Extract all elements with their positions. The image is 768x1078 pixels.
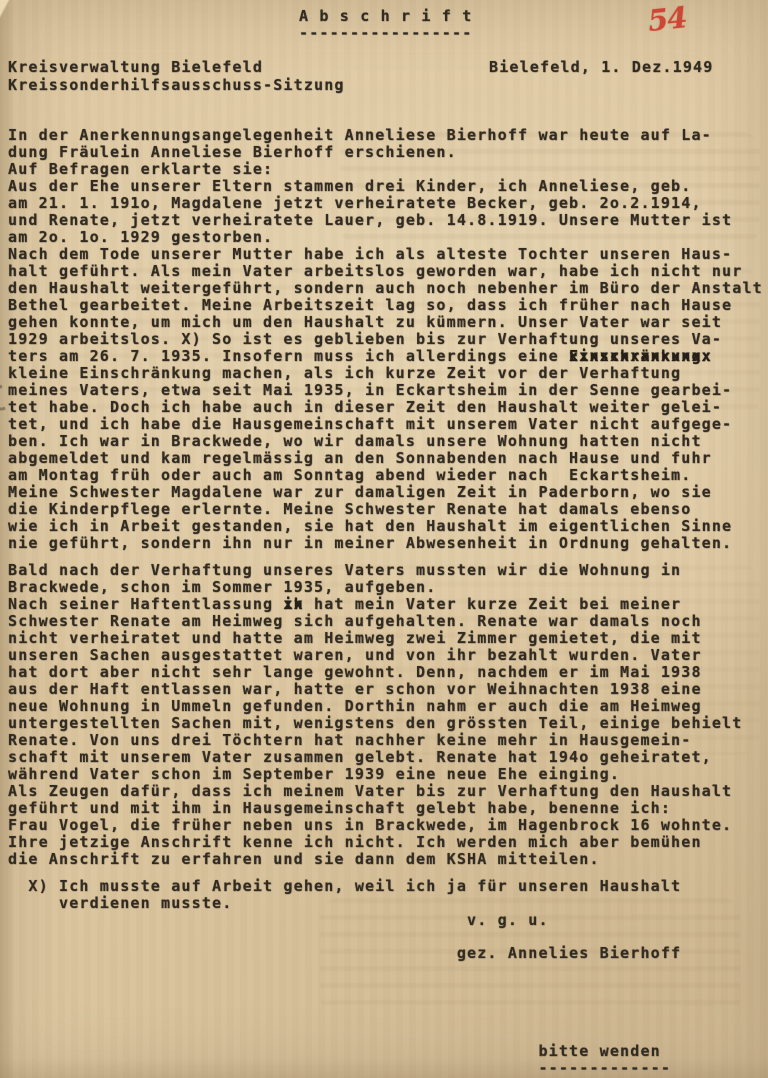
text-line: meines Vaters, etwa seit Mai 1935, in Ec… [8, 382, 766, 399]
text-line: Schwester Renate am Heimweg sich aufgeha… [8, 613, 766, 630]
body-text: In der Anerkennungsangelegenheit Annelie… [8, 127, 766, 1077]
text-line: gehen konnte, um mich um den Haushalt zu… [8, 314, 766, 331]
spacer [8, 929, 766, 945]
signature-line: gez. Annelies Bierhoff [8, 945, 766, 962]
turn-page-underline: ------------- [8, 1060, 766, 1077]
text-line: Bethel gearbeitet. Meine Arbeitszeit lag… [8, 297, 766, 314]
line-text: ters am 26. 7. 1935. Insofern muss ich a… [8, 347, 569, 365]
overstruck-word: Einschränkungxxxxxxxxxxxxxxx [569, 348, 712, 365]
text-line: nicht verheiratet und hatte am Heimweg z… [8, 630, 766, 647]
text-line: hat dort aber nicht sehr lange gewohnt. … [8, 664, 766, 681]
line-text: hat mein Vater kurze Zeit bei meiner [304, 595, 681, 613]
document-title: A b s c h r i f t [299, 8, 472, 25]
paper-corner-highlight [0, 0, 46, 30]
text-line: wie ich in Arbeit gestanden, sie hat den… [8, 518, 766, 535]
text-line: kleine Einschränkung machen, als ich kur… [8, 365, 766, 382]
text-line: unseren Sachen ausgestattet waren, und v… [8, 647, 766, 664]
text-line: ters am 26. 7. 1935. Insofern muss ich a… [8, 348, 766, 365]
text-line: Aus der Ehe unserer Eltern stammen drei … [8, 178, 766, 195]
text-line: halt geführt. Als mein Vater arbeitslos … [8, 263, 766, 280]
text-line: Renate. Von uns drei Töchtern hat nachhe… [8, 732, 766, 749]
footnote-line: verdienen musste. [8, 895, 766, 912]
text-line: schaft mit unserem Vater zusammen gelebt… [8, 749, 766, 766]
text-line: die Anschrift zu erfahren und sie dann d… [8, 851, 766, 868]
text-line: dung Fräulein Anneliese Bierhoff erschie… [8, 144, 766, 161]
spacer [8, 1022, 766, 1043]
text-line: ben. Ich war in Brackwede, wo wir damals… [8, 433, 766, 450]
text-line: während Vater schon im September 1939 ei… [8, 766, 766, 783]
text-line: den Haushalt weitergeführt, sondern auch… [8, 280, 766, 297]
spacer [8, 1002, 766, 1022]
text-line: abgemeldet und kam regelmässig an den So… [8, 450, 766, 467]
text-line: Als Zeugen dafür, dass ich meinem Vater … [8, 783, 766, 800]
dateline: Bielefeld, 1. Dez.1949 [489, 59, 713, 76]
text-line: Nach seiner Haftentlassung ihxx hat mein… [8, 596, 766, 613]
text-line: Ihre jetzige Anschrift kenne ich nicht. … [8, 834, 766, 851]
line-text: Nach seiner Haftentlassung [8, 595, 283, 613]
text-line: In der Anerkennungsangelegenheit Annelie… [8, 127, 766, 144]
text-line: am 21. 1. 191o, Magdalene jetzt verheira… [8, 195, 766, 212]
text-line: aus der Haft entlassen war, hatte er sch… [8, 681, 766, 698]
closing-formula: v. g. u. [8, 912, 766, 929]
text-line: geführt und mit ihm in Hausgemeinschaft … [8, 800, 766, 817]
text-line: untergestellten Sachen mit, wenigstens d… [8, 715, 766, 732]
text-line: die Kinderpflege erlernte. Meine Schwest… [8, 501, 766, 518]
text-line: Auf Befragen erklarte sie: [8, 161, 766, 178]
overstruck-word: ihxx [283, 596, 303, 613]
text-line: Frau Vogel, die früher neben uns in Brac… [8, 817, 766, 834]
overstrike-x: xx [283, 596, 303, 613]
page-number-annotation: 54 [646, 0, 688, 38]
text-line: 1929 arbeitslos. X) So ist es geblieben … [8, 331, 766, 348]
turn-page-note: bitte wenden [8, 1043, 766, 1060]
letterhead-org: Kreisverwaltung Bielefeld [8, 59, 263, 76]
text-line: und Renate, jetzt verheiratete Lauer, ge… [8, 212, 766, 229]
text-line: neue Wohnung in Ummeln gefunden. Dorthin… [8, 698, 766, 715]
spacer [8, 982, 766, 1002]
text-line: Bald nach der Verhaftung unseres Vaters … [8, 562, 766, 579]
text-line: am 2o. 1o. 1929 gestorben. [8, 229, 766, 246]
text-line: Meine Schwester Magdalene war zur damali… [8, 484, 766, 501]
spacer [8, 962, 766, 982]
text-line: am Montag früh oder auch am Sonntag aben… [8, 467, 766, 484]
title-underline: ----------------- [299, 25, 472, 42]
text-line: nie geführt, sondern ihn nur in meiner A… [8, 535, 766, 552]
document-page: 54 A b s c h r i f t ----------------- K… [0, 0, 768, 1078]
text-line: Nach dem Tode unserer Mutter habe ich al… [8, 246, 766, 263]
text-line: tet, und ich habe die Hausgemeinschaft m… [8, 416, 766, 433]
letterhead-committee: Kreissonderhilfsausschuss-Sitzung [8, 77, 345, 94]
text-line: Brackwede, schon im Sommer 1935, aufgebe… [8, 579, 766, 596]
text-line: tet habe. Doch ich habe auch in dieser Z… [8, 399, 766, 416]
footnote-line: X) Ich musste auf Arbeit gehen, weil ich… [8, 878, 766, 895]
overstrike-x: xxxxxxxxxxxxxx [569, 348, 712, 365]
